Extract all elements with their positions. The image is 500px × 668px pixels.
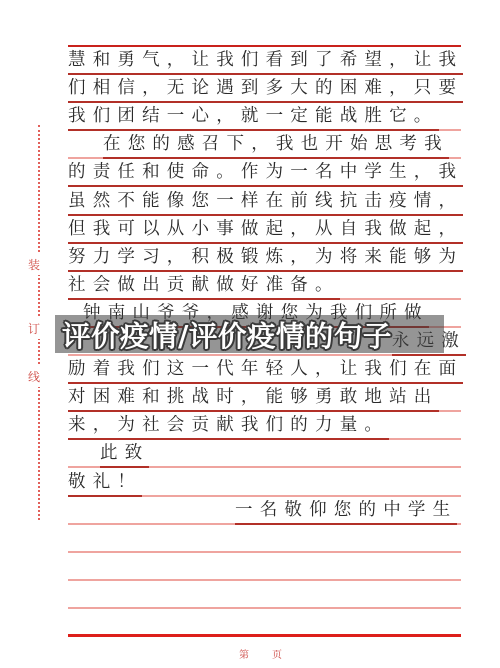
letter-line: 此致 (68, 440, 461, 468)
page-footer: 第页 (239, 646, 282, 661)
letter-line (68, 581, 461, 609)
letter-line-text: 在您的感召下，我也开始思考我 (103, 133, 449, 159)
letter-line-text: 一名敬仰您的中学生 (235, 499, 457, 525)
letter-line: 但我可以从小事做起，从自我做起， (68, 216, 461, 244)
footer-label-ye: 页 (272, 650, 282, 661)
letter-line (68, 525, 461, 553)
letter-line (68, 553, 461, 581)
letter-line-text: 励着我们这一代年轻人，让我们在面 (68, 358, 463, 384)
letter-line: 在您的感召下，我也开始思考我 (68, 131, 461, 159)
binding-margin: 装 订 线 (0, 0, 60, 668)
letter-line (68, 609, 461, 637)
watermark-text: 评价疫情/评价疫情的句子 (62, 314, 392, 355)
letter-line-text: 但我可以从小事做起，从自我做起， (68, 218, 463, 244)
letter-line-text: 来，为社会贡献我们的力量。 (68, 414, 389, 440)
letter-line-text: 对困难和挑战时，能够勇敢地站出 (68, 386, 439, 412)
letter-line: 的责任和使命。作为一名中学生，我 (68, 159, 461, 187)
letter-line-text: 努力学习，积极锻炼，为将来能够为 (68, 246, 463, 272)
letter-line-text: 虽然不能像您一样在前线抗击疫情， (68, 190, 463, 216)
letter-line: 们相信，无论遇到多大的困难，只要 (68, 75, 461, 103)
letter-line: 努力学习，积极锻炼，为将来能够为 (68, 244, 461, 272)
letter-line-text: 我们团结一心，就一定能战胜它。 (68, 105, 439, 131)
letter-line: 对困难和挑战时，能够勇敢地站出 (68, 384, 461, 412)
letter-line: 社会做出贡献做好准备。 (68, 272, 461, 300)
letter-line: 虽然不能像您一样在前线抗击疫情， (68, 187, 461, 215)
binding-char-zhuang: 装 (26, 254, 42, 275)
binding-char-xian: 线 (26, 366, 42, 387)
letter-line-text: 敬礼！ (68, 471, 142, 497)
letter-line-text: 社会做出贡献做好准备。 (68, 274, 340, 300)
letter-line: 慧和勇气，让我们看到了希望，让我 (68, 47, 461, 75)
letter-line: 敬礼！ (68, 468, 461, 496)
letter-line-text: 的责任和使命。作为一名中学生，我 (68, 161, 463, 187)
letter-line-text: 们相信，无论遇到多大的困难，只要 (68, 77, 463, 103)
letter-page: 装 订 线 慧和勇气，让我们看到了希望，让我们相信，无论遇到多大的困难，只要我们… (0, 0, 500, 668)
letter-line-text: 此致 (100, 442, 149, 468)
letter-line: 我们团结一心，就一定能战胜它。 (68, 103, 461, 131)
letter-line: 来，为社会贡献我们的力量。 (68, 412, 461, 440)
binding-char-ding: 订 (26, 318, 42, 339)
letter-line: 一名敬仰您的中学生 (68, 497, 461, 525)
letter-line-text: 慧和勇气，让我们看到了希望，让我 (68, 49, 463, 75)
letter-line: 励着我们这一代年轻人，让我们在面 (68, 356, 461, 384)
watermark-banner: 评价疫情/评价疫情的句子 (55, 315, 444, 353)
footer-label-di: 第 (239, 650, 249, 661)
